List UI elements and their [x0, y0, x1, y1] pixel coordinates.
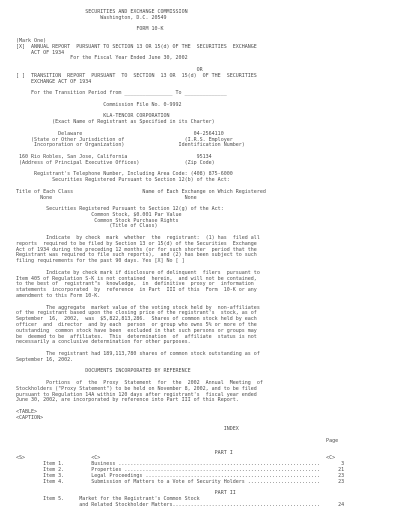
page: SECURITIES AND EXCHANGE COMMISSION Washi… — [0, 0, 396, 512]
section-or-transition: OR[ ] TRANSITION REPORT PURSUANT TO SECT… — [16, 68, 396, 91]
section-mark-one-annual: (Mark One)[X] ANNUAL REPORT PURSUANT TO … — [16, 39, 396, 68]
section-shares-outstanding: The registrant had 189,113,780 shares of… — [16, 352, 396, 369]
section-delinquent-filers: Indicate by check mark if disclosure of … — [16, 271, 396, 306]
section-market-value: The aggregate market value of the voting… — [16, 306, 396, 352]
document-text: SECURITIES AND EXCHANGE COMMISSION Washi… — [0, 0, 396, 509]
section-proxy-reference: Portions of the Proxy Statement for the … — [16, 381, 396, 410]
section-sgml-tags: <TABLE><CAPTION> — [16, 410, 396, 427]
section-transition-period: For the Transition Period from _________… — [16, 91, 396, 103]
text-line: Item 4. Submission of Matters to a Vote … — [16, 480, 396, 486]
section-index: INDEX Page PART I<S> — [16, 427, 396, 508]
section-securities-12g: Securities Registered Pursuant to Sectio… — [16, 207, 396, 236]
section-address-zip: 160 Rio Robles, San Jose, California 951… — [16, 155, 396, 172]
section-filed-reports: Indicate by check mark whether the regis… — [16, 236, 396, 271]
section-incorporation-irs: Delaware 04-2564110 (State or Other Juri… — [16, 132, 396, 155]
text-line: and Related Stockholder Matters.........… — [16, 503, 396, 509]
section-exchange-listing: Title of Each Class Name of Each Exchang… — [16, 190, 396, 207]
section-sec-header: SECURITIES AND EXCHANGE COMMISSION Washi… — [16, 10, 396, 27]
section-form-title: FORM 10-K — [16, 27, 396, 39]
section-registrant-name: KLA-TENCOR CORPORATION (Exact Name of Re… — [16, 114, 396, 131]
section-phone-12b: Registrant's Telephone Number, Including… — [16, 172, 396, 189]
